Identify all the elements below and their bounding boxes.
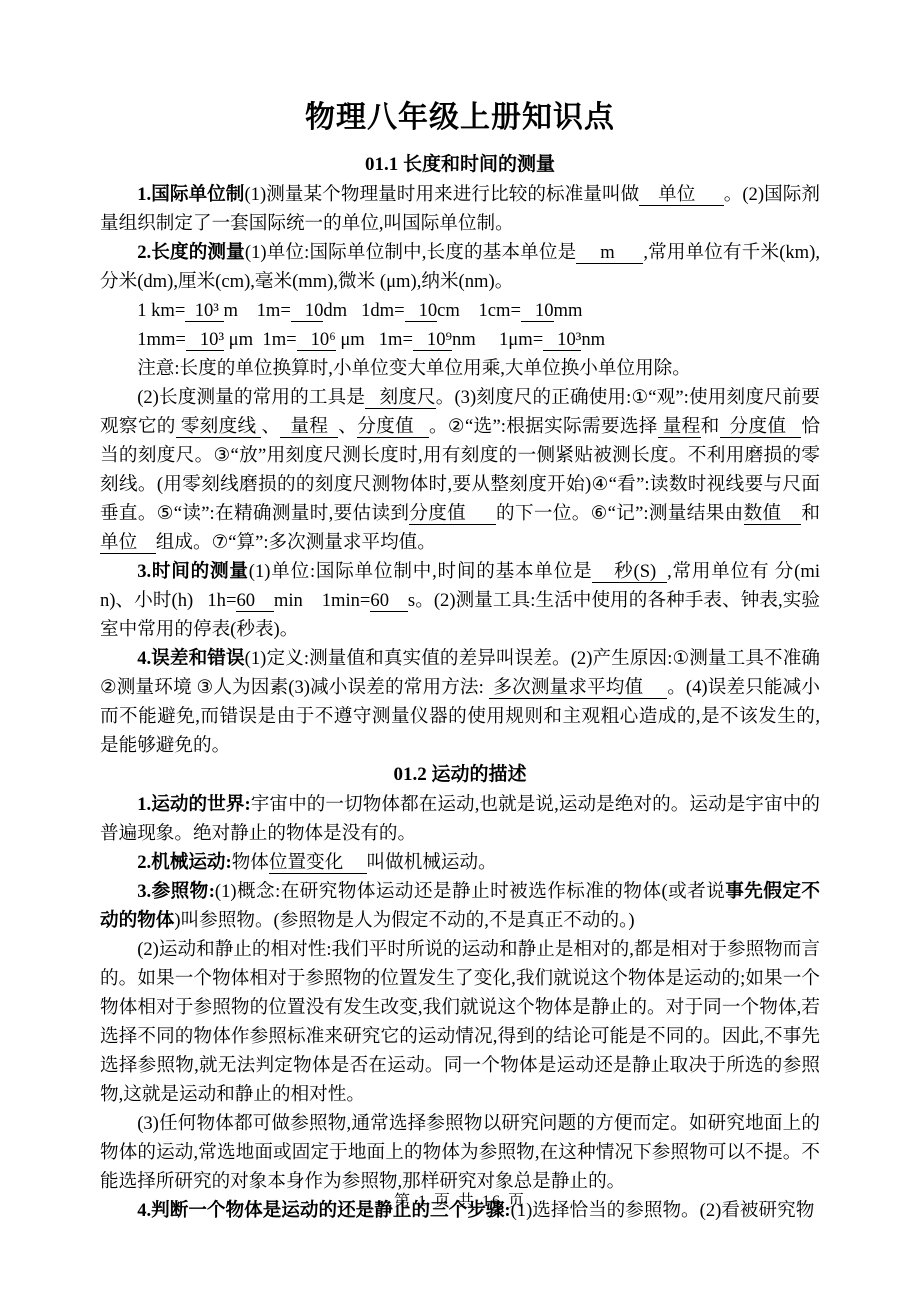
text-run: cm 1cm=: [437, 300, 521, 321]
text-run: 物体: [232, 852, 269, 873]
text-run: μm 1m=: [336, 329, 413, 350]
document-page: 物理八年级上册知识点 01.1 长度和时间的测量1.国际单位制(1)测量某个物理…: [0, 0, 920, 1300]
document-title: 物理八年级上册知识点: [100, 98, 820, 138]
blank-answer: 零刻度线: [176, 416, 262, 438]
text-run: (2)长度测量的常用的工具是: [137, 387, 365, 408]
blank-answer: 10: [521, 300, 554, 322]
blank-answer: 分度值: [409, 503, 496, 525]
text-run: 1mm=: [137, 329, 186, 350]
text-run: 和: [701, 416, 720, 437]
paragraph: (2)运动和静止的相对性:我们平时所说的运动和静止是相对的,都是相对于参照物而言…: [100, 935, 820, 1109]
text-run: 4.误差和错误: [137, 648, 244, 669]
text-run: 注意:长度的单位换算时,小单位变大单位用乘,大单位换小单位用除。: [137, 358, 691, 379]
paragraph: 1mm= 10³ μm 1m= 10⁶ μm 1m= 10⁹nm 1μm= 10…: [100, 325, 820, 354]
text-run: (3)任何物体都可做参照物,通常选择参照物以研究问题的方便而定。如研究地面上的物…: [100, 1113, 820, 1192]
paragraph: 1.运动的世界:宇宙中的一切物体都在运动,也就是说,运动是绝对的。运动是宇宙中的…: [100, 790, 820, 848]
blank-answer: 10: [405, 300, 438, 322]
text-run: 和: [801, 503, 820, 524]
paragraph: (3)任何物体都可做参照物,通常选择参照物以研究问题的方便而定。如研究地面上的物…: [100, 1109, 820, 1196]
text-run: 、: [261, 416, 280, 437]
blank-answer: 分度值: [720, 416, 802, 438]
text-run: nm: [581, 329, 605, 350]
blank-answer: 60: [236, 590, 273, 612]
blank-answer: 刻度尺: [365, 387, 436, 409]
paragraph: 1.国际单位制(1)测量某个物理量时用来进行比较的标准量叫做 单位 。(2)国际…: [100, 180, 820, 238]
text-run: )叫参照物。(参照物是人为假定不动的,不是真正不动的。): [174, 910, 634, 931]
paragraph: (2)长度测量的常用的工具是 刻度尺。(3)刻度尺的正确使用:①“观”:使用刻度…: [100, 383, 820, 557]
text-run: 、: [338, 416, 357, 437]
text-run: 01.2 运动的描述: [393, 764, 526, 785]
text-run: nm 1μm=: [452, 329, 543, 350]
blank-answer: 10³: [185, 300, 223, 322]
text-run: 3.时间的测量: [137, 561, 249, 582]
text-run: 的下一位。⑥“记”:测量结果由: [496, 503, 744, 524]
text-run: 2.机械运动:: [137, 852, 232, 873]
text-run: 1.运动的世界:: [137, 794, 251, 815]
paragraph: 注意:长度的单位换算时,小单位变大单位用乘,大单位换小单位用除。: [100, 354, 820, 383]
blank-answer: 60: [370, 590, 407, 612]
text-run: (2)运动和静止的相对性:我们平时所说的运动和静止是相对的,都是相对于参照物而言…: [100, 939, 820, 1105]
blank-answer: 多次测量求平均值: [489, 677, 668, 699]
text-run: μm 1m=: [224, 329, 297, 350]
paragraph: 3.时间的测量(1)单位:国际单位制中,时间的基本单位是 秒(S) ,常用单位有…: [100, 557, 820, 644]
section-heading: 01.1 长度和时间的测量: [100, 150, 820, 180]
blank-answer: 10⁹: [413, 329, 452, 351]
section-heading: 01.2 运动的描述: [100, 760, 820, 790]
blank-answer: 10³: [543, 329, 581, 351]
text-run: 组成。⑦“算”:多次测量求平均值。: [156, 532, 436, 553]
blank-answer: 数值: [744, 503, 802, 525]
text-run: min 1min=: [274, 590, 371, 611]
paragraph: 4.误差和错误(1)定义:测量值和真实值的差异叫误差。(2)产生原因:①测量工具…: [100, 644, 820, 760]
text-run: (1)概念:在研究物体运动还是静止时被选作标准的物体(或者说: [215, 881, 725, 902]
text-run: (1)测量某个物理量时用来进行比较的标准量叫做: [244, 184, 639, 205]
text-run: 叫做机械运动。: [367, 852, 497, 873]
blank-answer: 秒(S): [592, 561, 667, 583]
blank-answer: m: [576, 242, 643, 264]
document-body: 01.1 长度和时间的测量1.国际单位制(1)测量某个物理量时用来进行比较的标准…: [100, 150, 820, 1225]
blank-answer: 量程: [280, 416, 338, 438]
page-footer: 第 1 页 共 16 页: [0, 1188, 920, 1211]
paragraph: 2.长度的测量(1)单位:国际单位制中,长度的基本单位是 m ,常用单位有千米(…: [100, 238, 820, 296]
text-run: (1)单位:国际单位制中,长度的基本单位是: [245, 242, 576, 263]
paragraph: 3.参照物:(1)概念:在研究物体运动还是静止时被选作标准的物体(或者说事先假定…: [100, 877, 820, 935]
text-run: 01.1 长度和时间的测量: [365, 154, 555, 175]
blank-answer: 分度值: [357, 416, 429, 438]
text-run: mm: [554, 300, 583, 321]
blank-answer: 10⁶: [297, 329, 336, 351]
text-run: 1 km=: [137, 300, 185, 321]
text-run: dm 1dm=: [323, 300, 404, 321]
blank-answer: 单位: [100, 532, 156, 554]
text-run: m 1m=: [224, 300, 291, 321]
text-run: (1)单位:国际单位制中,时间的基本单位是: [249, 561, 593, 582]
text-run: 。②“选”:根据实际需要选择: [429, 416, 658, 437]
blank-answer: 位置变化: [269, 852, 367, 874]
paragraph: 2.机械运动:物体位置变化 叫做机械运动。: [100, 848, 820, 877]
text-run: 3.参照物:: [137, 881, 215, 902]
paragraph: 1 km= 10³ m 1m= 10dm 1dm= 10cm 1cm= 10mm: [100, 296, 820, 325]
text-run: 1.国际单位制: [137, 184, 244, 205]
blank-answer: 单位: [639, 184, 723, 206]
blank-answer: 10³: [186, 329, 224, 351]
text-run: 2.长度的测量: [137, 242, 245, 263]
blank-answer: 10: [291, 300, 324, 322]
blank-answer: 量程: [658, 416, 701, 438]
